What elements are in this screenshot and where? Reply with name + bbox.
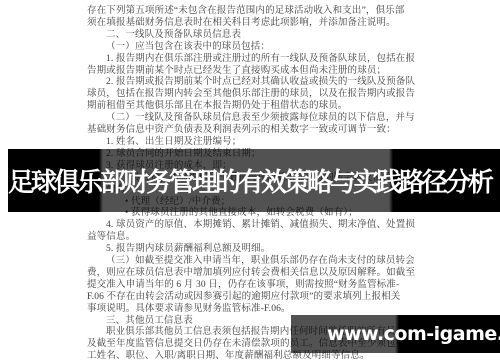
document-line: 益等信息。 bbox=[87, 232, 417, 244]
document-line: 提交准入申请当年的 6 月 30 日，仍存在该事项，则需按照“财务监管标准- bbox=[87, 280, 417, 292]
document-line: 存在下列第五项所述“未包含在报告范围内的足球活动收入和支出”，俱乐部 bbox=[87, 6, 417, 18]
watermark-url: www.com-igame.com bbox=[327, 323, 500, 345]
document-line: （一）应当包含在该表中的球员包括： bbox=[87, 42, 417, 54]
document-line: （三）如截至提交准入申请当年，职业俱乐部仍存在尚未支付的球员转会 bbox=[87, 256, 417, 268]
document-line: 须在填报基础财务信息表时在相关科目考虑此项影响，并添加备注说明。 bbox=[87, 18, 417, 30]
document-line: 1. 姓名、出生日期及注册编号； bbox=[87, 137, 417, 149]
page-title: 足球俱乐部财务管理的有效策略与实践路径分析 bbox=[8, 162, 491, 199]
document-line: 二、一线队及预备队球员信息表 bbox=[87, 30, 417, 42]
document-line: 5. 报告期内球员薪酬福利总额及明细。 bbox=[87, 244, 417, 256]
document-line: 费，则应在球员信息表中增加填列应付转会费相关信息以及原因解释。如截至 bbox=[87, 268, 417, 280]
document-line: 事项说明。具体要求请参见财务监管标准-F.06。 bbox=[87, 304, 417, 316]
page: 存在下列第五项所述“未包含在报告范围内的足球活动收入和支出”，俱乐部须在填报基础… bbox=[0, 0, 500, 362]
document-line: F.06 不存在由转会活动或因参赛引起的逾期应付款项”的要求填列上报相关 bbox=[87, 292, 417, 304]
watermark-banner: www.com-igame.com bbox=[291, 315, 500, 353]
document-line: 4. 球员资产的原值、本期摊销、累计摊销、减值损失、期末净值、处置损 bbox=[87, 220, 417, 232]
document-line: （二）一线队及预备队球员信息表至少须披露每位球员的以下信息，并与 bbox=[87, 113, 417, 125]
document-line: 1. 报告期内在俱乐部注册或注册过的所有一线队及预备队球员，包括在报 bbox=[87, 54, 417, 66]
document-line: 球员，包括在报告期内转会至其他俱乐部注册的球员，以及在报告期内或报告 bbox=[87, 89, 417, 101]
document-line: 期前租借至其他俱乐部且在本报告期仍处于租借状态的球员。 bbox=[87, 101, 417, 113]
document-line: 2. 报告期或报告期前某个时点已经对其确认收益或损失的一线队及预备队 bbox=[87, 77, 417, 89]
document-line: 基础财务信息中资产负债表及利润表列示的相关数字一致或可调节一致： bbox=[87, 125, 417, 137]
title-banner: 足球俱乐部财务管理的有效策略与实践路径分析 bbox=[8, 149, 500, 212]
document-line: 告期或报告期前某个时点已经发生了直接购买成本但尚未注册的球员； bbox=[87, 66, 417, 78]
